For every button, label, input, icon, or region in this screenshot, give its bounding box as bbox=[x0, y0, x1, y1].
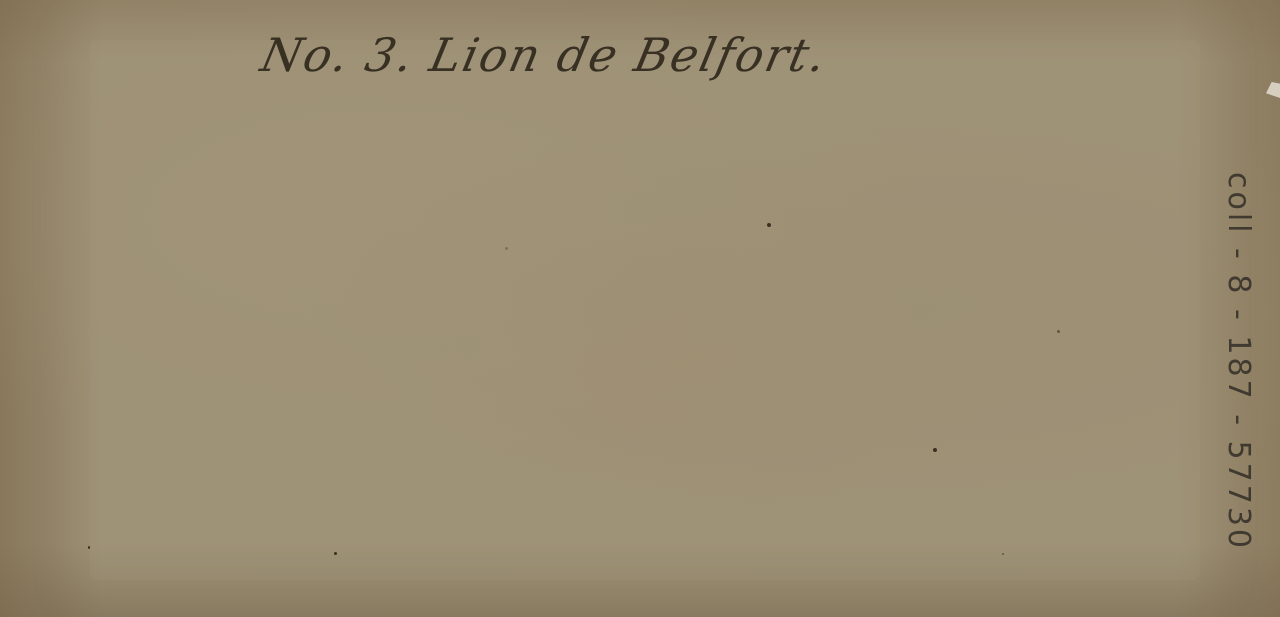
foxing-spot bbox=[767, 223, 771, 227]
foxing-spot bbox=[933, 448, 937, 452]
stereoview-card-back: No. 3. Lion de Belfort. coll - 8 - 187 -… bbox=[0, 0, 1280, 617]
foxing-spot bbox=[505, 247, 508, 250]
foxing-spot bbox=[334, 552, 337, 555]
foxing-spot bbox=[1057, 330, 1060, 333]
paper-damage-chip bbox=[1266, 82, 1280, 98]
foxing-spot bbox=[88, 546, 90, 549]
card-center-panel bbox=[90, 40, 1200, 580]
handwritten-title: No. 3. Lion de Belfort. bbox=[256, 28, 832, 82]
foxing-spot bbox=[1002, 553, 1004, 555]
catalog-number: coll - 8 - 187 - 57730 bbox=[1221, 172, 1256, 551]
